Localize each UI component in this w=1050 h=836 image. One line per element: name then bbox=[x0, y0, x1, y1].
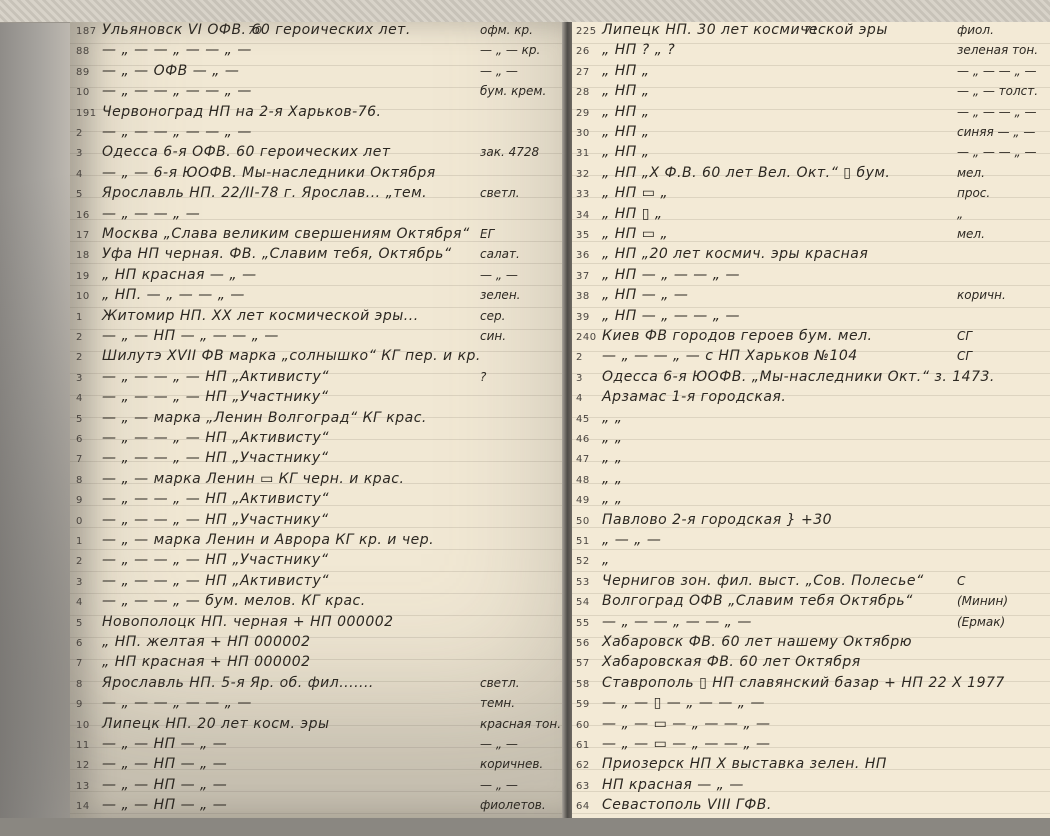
entry-number: 62 bbox=[576, 760, 602, 771]
entry-text: — „ — — „ — — „ — bbox=[102, 83, 252, 99]
entry-text: Липецк НП. 30 лет космической эры bbox=[602, 22, 888, 38]
ledger-entry: 34„ НП ▯ „ bbox=[576, 206, 663, 222]
ledger-entry: 19„ НП красная — „ — bbox=[76, 267, 257, 283]
entry-text: — „ — ▯ — „ — — „ — bbox=[602, 695, 765, 711]
ledger-entry: 33„ НП ▭ „ bbox=[576, 185, 668, 201]
ledger-entry: 4Арзамас 1-я городская. bbox=[576, 389, 786, 405]
entry-text: „ НП ▭ „ bbox=[602, 185, 668, 201]
entry-text: Ставрополь ▯ НП славянский базар + НП 22… bbox=[602, 675, 1005, 691]
entry-number: 88 bbox=[76, 46, 102, 57]
entry-text: — „ — — „ — НП „Участнику“ bbox=[102, 389, 328, 405]
entry-number: 59 bbox=[576, 699, 602, 710]
entry-number: 3 bbox=[76, 373, 102, 384]
ledger-entry: 14— „ — НП — „ — bbox=[76, 797, 227, 813]
ledger-entry: 61— „ — ▭ — „ — — „ — bbox=[576, 736, 771, 752]
entry-note: мел. bbox=[957, 166, 985, 180]
entry-text: — „ — — „ — — „ — bbox=[102, 124, 252, 140]
ledger-entry: 6„ НП. желтая + НП 000002 bbox=[76, 634, 311, 650]
ledger-entry: 60— „ — ▭ — „ — — „ — bbox=[576, 716, 771, 732]
entry-note: коричн. bbox=[957, 288, 1006, 302]
entry-number: 2 bbox=[76, 352, 102, 363]
entry-text: „ НП — „ — — „ — bbox=[602, 308, 740, 324]
entry-number: 58 bbox=[576, 679, 602, 690]
entry-number: 12 bbox=[76, 760, 102, 771]
entry-note: салат. bbox=[480, 247, 520, 261]
entry-number: 61 bbox=[576, 740, 602, 751]
entry-text: Шилутэ XVII ФВ марка „солнышко“ КГ пер. … bbox=[102, 348, 481, 364]
ledger-entry: 3Одесса 6-я ЮОФВ. „Мы-наследники Окт.“ з… bbox=[576, 369, 995, 385]
ledger-entry: 49„ „ bbox=[576, 491, 622, 507]
ledger-entry: 32„ НП „X Ф.В. 60 лет Вел. Окт.“ ▯ бум. bbox=[576, 165, 890, 181]
entry-note: (Ермак) bbox=[957, 615, 1005, 629]
entry-text: „ „ bbox=[602, 430, 622, 446]
entry-number: 48 bbox=[576, 475, 602, 486]
entry-number: 8 bbox=[76, 679, 102, 690]
ledger-entry: 0— „ — — „ — НП „Участнику“ bbox=[76, 512, 328, 528]
entry-number: 34 bbox=[576, 210, 602, 221]
entry-text: „ „ bbox=[602, 491, 622, 507]
entry-text: „ НП ▭ „ bbox=[602, 226, 668, 242]
entry-note: прос. bbox=[957, 186, 990, 200]
ledger-entry: 2— „ — — „ — с НП Харьков №104 bbox=[576, 348, 858, 364]
entry-text: „ — „ — bbox=[602, 532, 661, 548]
ledger-entry: 53Чернигов зон. фил. выст. „Сов. Полесье… bbox=[576, 573, 924, 589]
ledger-entry: 8— „ — марка Ленин ▭ КГ черн. и крас. bbox=[76, 471, 404, 487]
entry-text: Приозерск НП X выставка зелен. НП bbox=[602, 756, 887, 772]
entry-text: НП красная — „ — bbox=[602, 777, 744, 793]
entry-text: Одесса 6-я ОФВ. 60 героических лет bbox=[102, 144, 391, 160]
entry-number: 29 bbox=[576, 108, 602, 119]
ledger-entry: 191Червоноград НП на 2-я Харьков-76. bbox=[76, 104, 382, 120]
entry-number: 11 bbox=[76, 740, 102, 751]
ledger-entry: 7„ НП красная + НП 000002 bbox=[76, 654, 311, 670]
notebook-spread: 70 187Ульяновск VI ОФВ. 60 героических л… bbox=[0, 0, 1050, 836]
ledger-entry: 27„ НП „ bbox=[576, 63, 649, 79]
entry-number: 26 bbox=[576, 46, 602, 57]
entry-text: Ульяновск VI ОФВ. 60 героических лет. bbox=[102, 22, 411, 38]
entry-number: 51 bbox=[576, 536, 602, 547]
entry-number: 4 bbox=[76, 393, 102, 404]
ledger-entry: 2— „ — — „ — НП „Участнику“ bbox=[76, 552, 328, 568]
ledger-entry: 89— „ — ОФВ — „ — bbox=[76, 63, 239, 79]
ledger-entry: 11— „ — НП — „ — bbox=[76, 736, 227, 752]
entry-number: 191 bbox=[76, 108, 102, 119]
ledger-entry: 9— „ — — „ — НП „Активисту“ bbox=[76, 491, 329, 507]
entry-number: 187 bbox=[76, 26, 102, 37]
entry-number: 10 bbox=[76, 87, 102, 98]
entry-number: 52 bbox=[576, 556, 602, 567]
entry-note: офм. кр. bbox=[480, 23, 533, 37]
entry-number: 54 bbox=[576, 597, 602, 608]
entry-text: Москва „Слава великим свершениям Октября… bbox=[102, 226, 470, 242]
entry-text: Ярославль НП. 5-я Яр. об. фил....... bbox=[102, 675, 374, 691]
ledger-entry: 18Уфа НП черная. ФВ. „Славим тебя, Октяб… bbox=[76, 246, 452, 262]
ledger-entry: 240Киев ФВ городов героев бум. мел. bbox=[576, 328, 872, 344]
entry-note: „ bbox=[957, 207, 963, 221]
entry-text: Липецк НП. 20 лет косм. эры bbox=[102, 716, 330, 732]
entry-note: — „ — кр. bbox=[480, 43, 540, 57]
ledger-entry: 10„ НП. — „ — — „ — bbox=[76, 287, 245, 303]
entry-text: — „ — — „ — — „ — bbox=[102, 42, 252, 58]
ledger-entry: 5Ярославль НП. 22/II-78 г. Ярослав... „т… bbox=[76, 185, 427, 201]
entry-text: — „ — марка Ленин ▭ КГ черн. и крас. bbox=[102, 471, 404, 487]
ledger-entry: 4— „ — — „ — бум. мелов. КГ крас. bbox=[76, 593, 366, 609]
entry-number: 57 bbox=[576, 658, 602, 669]
entry-number: 55 bbox=[576, 618, 602, 629]
entry-number: 60 bbox=[576, 720, 602, 731]
ledger-entry: 3— „ — — „ — НП „Активисту“ bbox=[76, 369, 329, 385]
ledger-entry: 59— „ — ▯ — „ — — „ — bbox=[576, 695, 765, 711]
entry-number: 49 bbox=[576, 495, 602, 506]
entry-text: — „ — НП — „ — bbox=[102, 736, 227, 752]
entry-number: 38 bbox=[576, 291, 602, 302]
ledger-entry: 63НП красная — „ — bbox=[576, 777, 744, 793]
entry-note: ? bbox=[480, 370, 486, 384]
ledger-entry: 187Ульяновск VI ОФВ. 60 героических лет. bbox=[76, 22, 411, 38]
entry-number: 9 bbox=[76, 699, 102, 710]
entry-number: 39 bbox=[576, 312, 602, 323]
entry-number: 4 bbox=[76, 169, 102, 180]
ledger-entry: 31„ НП „ bbox=[576, 144, 649, 160]
entry-number: 240 bbox=[576, 332, 602, 343]
entry-number: 2 bbox=[76, 332, 102, 343]
ledger-entry: 37„ НП — „ — — „ — bbox=[576, 267, 740, 283]
entry-number: 7 bbox=[76, 658, 102, 669]
entry-number: 5 bbox=[76, 618, 102, 629]
entry-note: — „ — — „ — bbox=[957, 64, 1037, 78]
entry-text: Севастополь VIII ГФВ. bbox=[602, 797, 772, 813]
entry-note: СГ bbox=[957, 329, 972, 343]
entry-text: „ НП „ bbox=[602, 144, 649, 160]
entry-number: 4 bbox=[576, 393, 602, 404]
ledger-entry: 30„ НП „ bbox=[576, 124, 649, 140]
entry-note: темн. bbox=[480, 696, 515, 710]
entry-text: — „ — — „ — НП „Участнику“ bbox=[102, 552, 328, 568]
ledger-entry: 47„ „ bbox=[576, 450, 622, 466]
entry-note: зеленая тон. bbox=[957, 43, 1038, 57]
entry-text: — „ — НП — „ — — „ — bbox=[102, 328, 279, 344]
ledger-entry: 29„ НП „ bbox=[576, 104, 649, 120]
entry-number: 32 bbox=[576, 169, 602, 180]
entry-number: 225 bbox=[576, 26, 602, 37]
entry-text: „ bbox=[602, 552, 610, 568]
entry-text: „ НП — „ — — „ — bbox=[602, 267, 740, 283]
entry-text: Волгоград ОФВ „Славим тебя Октябрь“ bbox=[602, 593, 913, 609]
entry-number: 2 bbox=[76, 556, 102, 567]
ledger-entry: 28„ НП „ bbox=[576, 83, 649, 99]
entry-text: Чернигов зон. фил. выст. „Сов. Полесье“ bbox=[602, 573, 924, 589]
entry-number: 63 bbox=[576, 781, 602, 792]
ledger-entry: 5Новополоцк НП. черная + НП 000002 bbox=[76, 614, 394, 630]
entry-text: Киев ФВ городов героев бум. мел. bbox=[602, 328, 872, 344]
entry-text: Червоноград НП на 2-я Харьков-76. bbox=[102, 104, 382, 120]
entry-note: — „ — bbox=[480, 778, 518, 792]
entry-note: СГ bbox=[957, 349, 972, 363]
page-top-edge bbox=[0, 0, 1050, 23]
entry-text: „ НП „ bbox=[602, 104, 649, 120]
entry-number: 7 bbox=[76, 454, 102, 465]
ledger-entry: 5— „ — марка „Ленин Волгоград“ КГ крас. bbox=[76, 410, 427, 426]
ledger-entry: 225Липецк НП. 30 лет космической эры bbox=[576, 22, 888, 38]
entry-number: 14 bbox=[76, 801, 102, 812]
ledger-entry: 6— „ — — „ — НП „Активисту“ bbox=[76, 430, 329, 446]
ledger-entry: 8Ярославль НП. 5-я Яр. об. фил....... bbox=[76, 675, 374, 691]
entry-text: „ НП „ bbox=[602, 83, 649, 99]
entry-number: 5 bbox=[76, 189, 102, 200]
entry-text: „ НП. желтая + НП 000002 bbox=[102, 634, 311, 650]
entry-number: 18 bbox=[76, 250, 102, 261]
ledger-entry: 10— „ — — „ — — „ — bbox=[76, 83, 252, 99]
entry-note: коричнев. bbox=[480, 757, 543, 771]
entry-text: „ „ bbox=[602, 450, 622, 466]
ledger-entry: 39„ НП — „ — — „ — bbox=[576, 308, 740, 324]
entry-number: 10 bbox=[76, 291, 102, 302]
entry-number: 56 bbox=[576, 638, 602, 649]
entry-text: „ НП красная — „ — bbox=[102, 267, 257, 283]
ledger-entry: 45„ „ bbox=[576, 410, 622, 426]
entry-text: „ НП „20 лет космич. эры красная bbox=[602, 246, 868, 262]
entry-number: 27 bbox=[576, 67, 602, 78]
entry-note: — „ — толст. bbox=[957, 84, 1038, 98]
entry-text: „ НП „X Ф.В. 60 лет Вел. Окт.“ ▯ бум. bbox=[602, 165, 890, 181]
ledger-entry: 3— „ — — „ — НП „Активисту“ bbox=[76, 573, 329, 589]
entry-text: „ НП „ bbox=[602, 124, 649, 140]
entry-text: — „ — — „ — НП „Активисту“ bbox=[102, 430, 329, 446]
ledger-entry: 3Одесса 6-я ОФВ. 60 героических лет bbox=[76, 144, 391, 160]
entry-note: — „ — bbox=[480, 737, 518, 751]
entry-note: красная тон. bbox=[480, 717, 561, 731]
ledger-entry: 56Хабаровск ФВ. 60 лет нашему Октябрю bbox=[576, 634, 912, 650]
ledger-entry: 62Приозерск НП X выставка зелен. НП bbox=[576, 756, 887, 772]
entry-number: 2 bbox=[576, 352, 602, 363]
entry-number: 50 bbox=[576, 516, 602, 527]
entry-text: Житомир НП. XX лет космической эры... bbox=[102, 308, 419, 324]
entry-text: Хабаровск ФВ. 60 лет нашему Октябрю bbox=[602, 634, 912, 650]
entry-note: бум. крем. bbox=[480, 84, 546, 98]
entry-number: 46 bbox=[576, 434, 602, 445]
entry-number: 4 bbox=[76, 597, 102, 608]
entry-note: (Минин) bbox=[957, 594, 1008, 608]
entry-number: 64 bbox=[576, 801, 602, 812]
entry-text: — „ — 6-я ЮОФВ. Мы-наследники Октября bbox=[102, 165, 436, 181]
entry-text: Одесса 6-я ЮОФВ. „Мы-наследники Окт.“ з.… bbox=[602, 369, 995, 385]
ledger-entry: 12— „ — НП — „ — bbox=[76, 756, 227, 772]
entry-number: 17 bbox=[76, 230, 102, 241]
entry-number: 3 bbox=[76, 577, 102, 588]
entry-number: 36 bbox=[576, 250, 602, 261]
entry-number: 1 bbox=[76, 312, 102, 323]
ledger-entry: 2— „ — НП — „ — — „ — bbox=[76, 328, 279, 344]
entry-text: „ НП — „ — bbox=[602, 287, 688, 303]
entry-note: — „ — — „ — bbox=[957, 145, 1037, 159]
entry-text: Хабаровская ФВ. 60 лет Октября bbox=[602, 654, 861, 670]
entry-text: „ НП „ bbox=[602, 63, 649, 79]
entry-number: 2 bbox=[76, 128, 102, 139]
entry-number: 19 bbox=[76, 271, 102, 282]
entry-note: зелен. bbox=[480, 288, 520, 302]
ledger-entry: 50Павлово 2-я городская } +30 bbox=[576, 512, 832, 528]
entry-text: — „ — — „ — НП „Активисту“ bbox=[102, 369, 329, 385]
entry-text: — „ — — „ — НП „Активисту“ bbox=[102, 573, 329, 589]
entry-number: 35 bbox=[576, 230, 602, 241]
entry-number: 8 bbox=[76, 475, 102, 486]
entry-number: 28 bbox=[576, 87, 602, 98]
ledger-entry: 1Житомир НП. XX лет космической эры... bbox=[76, 308, 419, 324]
ledger-entry: 7— „ — — „ — НП „Участнику“ bbox=[76, 450, 328, 466]
entry-text: — „ — НП — „ — bbox=[102, 777, 227, 793]
entry-text: — „ — — „ — с НП Харьков №104 bbox=[602, 348, 858, 364]
entry-number: 47 bbox=[576, 454, 602, 465]
ledger-entry: 52„ bbox=[576, 552, 610, 568]
entry-number: 30 bbox=[576, 128, 602, 139]
entry-note: светл. bbox=[480, 186, 520, 200]
entry-note: синяя — „ — bbox=[957, 125, 1035, 139]
entry-text: „ НП. — „ — — „ — bbox=[102, 287, 245, 303]
ledger-entry: 46„ „ bbox=[576, 430, 622, 446]
entry-note: — „ — bbox=[480, 268, 518, 282]
entry-text: „ НП ? „ ? bbox=[602, 42, 675, 58]
entry-note: фиолетов. bbox=[480, 798, 546, 812]
entry-note: фиол. bbox=[957, 23, 994, 37]
entry-text: — „ — НП — „ — bbox=[102, 756, 227, 772]
ledger-entry: 35„ НП ▭ „ bbox=[576, 226, 668, 242]
ledger-entry: 26„ НП ? „ ? bbox=[576, 42, 675, 58]
left-page: 70 187Ульяновск VI ОФВ. 60 героических л… bbox=[70, 22, 565, 818]
entry-note: син. bbox=[480, 329, 506, 343]
entry-note: — „ — bbox=[480, 64, 518, 78]
entry-text: Арзамас 1-я городская. bbox=[602, 389, 786, 405]
ledger-entry: 51„ — „ — bbox=[576, 532, 661, 548]
ledger-entry: 54Волгоград ОФВ „Славим тебя Октябрь“ bbox=[576, 593, 913, 609]
entry-text: — „ — марка „Ленин Волгоград“ КГ крас. bbox=[102, 410, 427, 426]
ledger-entry: 17Москва „Слава великим свершениям Октяб… bbox=[76, 226, 470, 242]
entry-number: 6 bbox=[76, 434, 102, 445]
entry-number: 9 bbox=[76, 495, 102, 506]
entry-text: — „ — — „ — — „ — bbox=[602, 614, 752, 630]
entry-number: 89 bbox=[76, 67, 102, 78]
entry-number: 5 bbox=[76, 414, 102, 425]
entry-text: — „ — — „ — НП „Участнику“ bbox=[102, 450, 328, 466]
ledger-entry: 2— „ — — „ — — „ — bbox=[76, 124, 252, 140]
entry-note: ЕГ bbox=[480, 227, 494, 241]
entry-number: 6 bbox=[76, 638, 102, 649]
ledger-entry: 58Ставрополь ▯ НП славянский базар + НП … bbox=[576, 675, 1005, 691]
entry-number: 37 bbox=[576, 271, 602, 282]
ledger-entry: 9— „ — — „ — — „ — bbox=[76, 695, 252, 711]
entry-text: Ярославль НП. 22/II-78 г. Ярослав... „те… bbox=[102, 185, 427, 201]
entry-text: — „ — — „ — НП „Активисту“ bbox=[102, 491, 329, 507]
ledger-entry: 88— „ — — „ — — „ — bbox=[76, 42, 252, 58]
ledger-entry: 4— „ — — „ — НП „Участнику“ bbox=[76, 389, 328, 405]
ledger-entry: 2Шилутэ XVII ФВ марка „солнышко“ КГ пер.… bbox=[76, 348, 481, 364]
ledger-entry: 48„ „ bbox=[576, 471, 622, 487]
entry-number: 31 bbox=[576, 148, 602, 159]
entry-note: светл. bbox=[480, 676, 520, 690]
entry-note: зак. 4728 bbox=[480, 145, 539, 159]
entry-number: 1 bbox=[76, 536, 102, 547]
entry-text: — „ — — „ — bbox=[102, 206, 200, 222]
entry-text: — „ — ▭ — „ — — „ — bbox=[602, 716, 771, 732]
entry-text: — „ — ОФВ — „ — bbox=[102, 63, 239, 79]
ledger-entry: 55— „ — — „ — — „ — bbox=[576, 614, 752, 630]
entry-text: — „ — — „ — бум. мелов. КГ крас. bbox=[102, 593, 366, 609]
entry-number: 13 bbox=[76, 781, 102, 792]
entry-text: — „ — ▭ — „ — — „ — bbox=[602, 736, 771, 752]
page-bottom-edge bbox=[0, 818, 1050, 836]
ledger-entry: 4— „ — 6-я ЮОФВ. Мы-наследники Октября bbox=[76, 165, 436, 181]
entry-text: Павлово 2-я городская } +30 bbox=[602, 512, 832, 528]
entry-number: 53 bbox=[576, 577, 602, 588]
entry-number: 33 bbox=[576, 189, 602, 200]
right-page: 71 225Липецк НП. 30 лет космической эрыф… bbox=[572, 22, 1050, 818]
entry-text: — „ — — „ — — „ — bbox=[102, 695, 252, 711]
entry-note: сер. bbox=[480, 309, 505, 323]
entry-number: 45 bbox=[576, 414, 602, 425]
ledger-entry: 64Севастополь VIII ГФВ. bbox=[576, 797, 772, 813]
entry-text: Уфа НП черная. ФВ. „Славим тебя, Октябрь… bbox=[102, 246, 452, 262]
entry-number: 0 bbox=[76, 516, 102, 527]
ledger-entry: 38„ НП — „ — bbox=[576, 287, 688, 303]
ledger-entry: 1— „ — марка Ленин и Аврора КГ кр. и чер… bbox=[76, 532, 434, 548]
entry-text: — „ — НП — „ — bbox=[102, 797, 227, 813]
entry-note: — „ — — „ — bbox=[957, 105, 1037, 119]
entry-text: „ НП ▯ „ bbox=[602, 206, 663, 222]
ledger-entry: 13— „ — НП — „ — bbox=[76, 777, 227, 793]
entry-note: мел. bbox=[957, 227, 985, 241]
entry-text: — „ — — „ — НП „Участнику“ bbox=[102, 512, 328, 528]
entry-number: 10 bbox=[76, 720, 102, 731]
entry-text: — „ — марка Ленин и Аврора КГ кр. и чер. bbox=[102, 532, 434, 548]
entry-number: 16 bbox=[76, 210, 102, 221]
ledger-entry: 36„ НП „20 лет космич. эры красная bbox=[576, 246, 868, 262]
ledger-entry: 16— „ — — „ — bbox=[76, 206, 200, 222]
entry-text: „ НП красная + НП 000002 bbox=[102, 654, 311, 670]
entry-number: 3 bbox=[576, 373, 602, 384]
entry-number: 3 bbox=[76, 148, 102, 159]
entry-text: „ „ bbox=[602, 410, 622, 426]
ledger-entry: 10Липецк НП. 20 лет косм. эры bbox=[76, 716, 330, 732]
entry-text: Новополоцк НП. черная + НП 000002 bbox=[102, 614, 394, 630]
entry-note: С bbox=[957, 574, 965, 588]
entry-text: „ „ bbox=[602, 471, 622, 487]
ledger-entry: 57Хабаровская ФВ. 60 лет Октября bbox=[576, 654, 861, 670]
